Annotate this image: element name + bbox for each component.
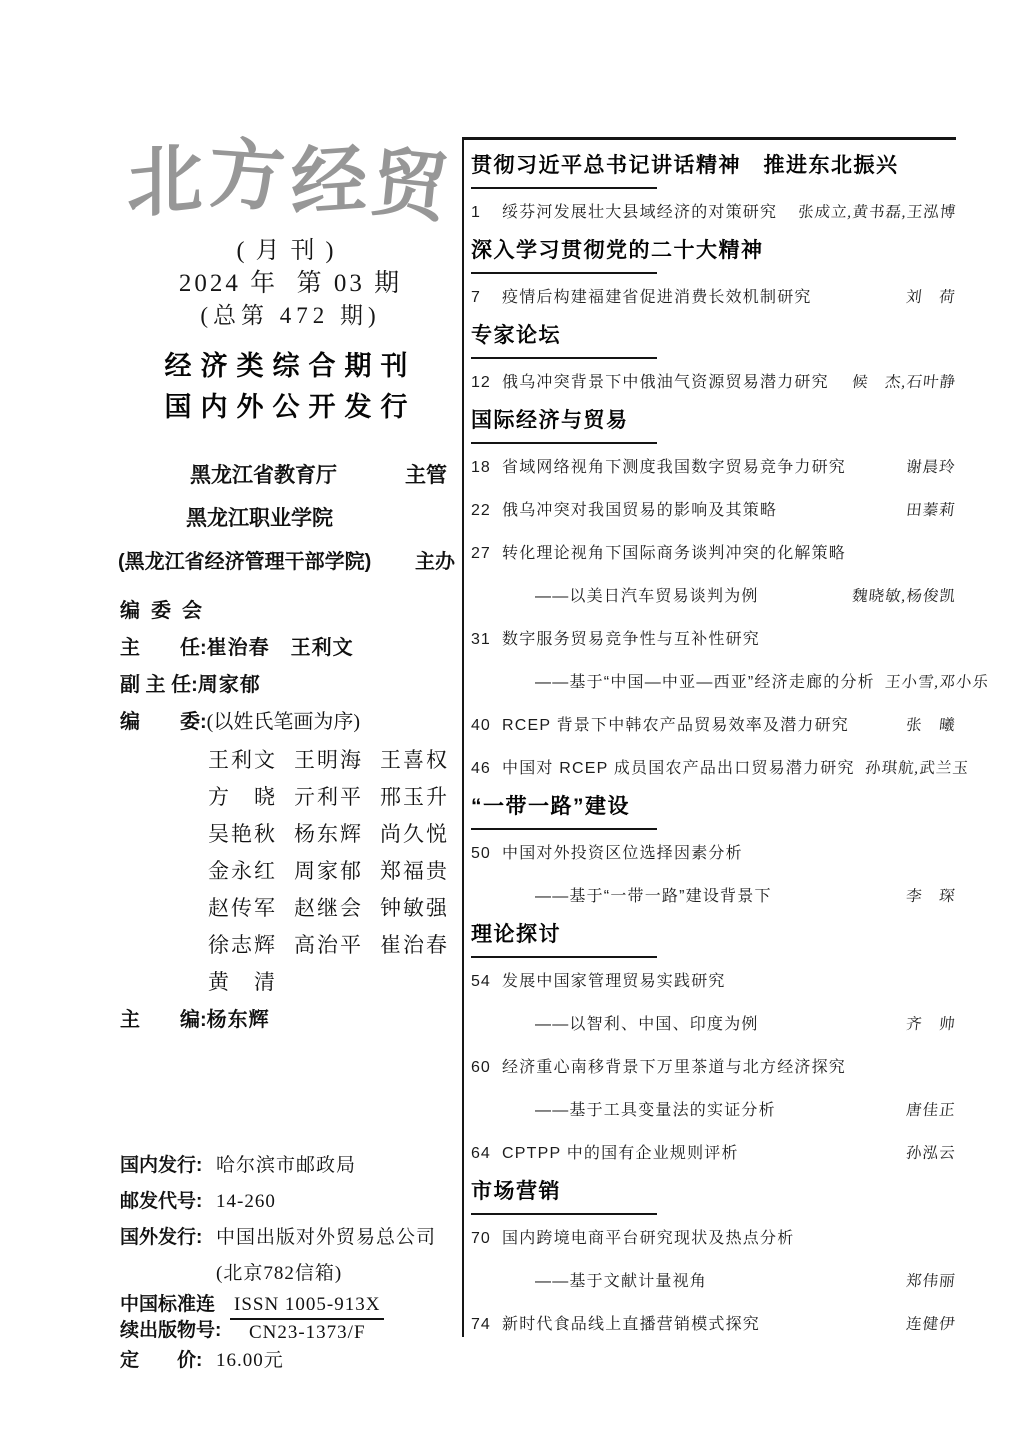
board-member-name: 吴艳秋	[208, 823, 277, 846]
magazine-contents-page: 北方经贸 (月刊) 2024 年 第 03 期 (总第 472 期) 经济类综合…	[0, 0, 1024, 1448]
toc-section: 市场营销70国内跨境电商平台研究现状及热点分析——基于文献计量视角郑伟丽74新时…	[471, 1178, 956, 1337]
logo-character: 北	[127, 115, 209, 233]
board-member-name: 徐志辉	[208, 934, 277, 957]
issn-block: 中国标准连 续出版物号: ISSN 1005-913X CN23-1373/F	[120, 1292, 463, 1346]
organizer-alt-name: (黑龙江省经济管理干部学院)	[118, 545, 371, 574]
article-authors: 魏晓敏,杨俊凯	[841, 585, 957, 609]
director-names: 崔治春 王利文	[207, 635, 354, 661]
toc-item-subtitle: ——基于“中国—中亚—西亚”经济走廊的分析王小雪,邓小乐	[471, 671, 956, 695]
board-member-name: 王利文	[208, 749, 277, 772]
article-title: 俄乌冲突背景下中俄油气资源贸易潜力研究	[502, 371, 829, 395]
director-label: 主 任:	[120, 635, 207, 661]
article-authors: 孙琪航,武兰玉	[853, 757, 969, 781]
chief-editor-name: 杨东辉	[207, 1007, 270, 1033]
page-number: 70	[471, 1227, 502, 1251]
toc-item-subtitle: ——基于工具变量法的实证分析唐佳正	[471, 1099, 956, 1123]
logo-character: 贸	[367, 121, 460, 238]
article-subtitle: ——基于工具变量法的实证分析	[535, 1099, 776, 1123]
cumulative-issue-number: (总第 472 期)	[118, 297, 463, 330]
journal-logo: 北方经贸	[118, 120, 463, 229]
section-items: 7疫情后构建福建省促进消费长效机制研究刘 荷	[471, 286, 956, 310]
publication-label: 国内发行:	[120, 1154, 216, 1178]
article-authors: 张成立,黄书磊,王泓博	[786, 201, 957, 225]
page-number: 74	[471, 1313, 502, 1337]
article-title: CPTPP 中的国有企业规则评析	[502, 1142, 739, 1166]
article-authors: 唐佳正	[895, 1099, 957, 1123]
section-heading: 深入学习贯彻党的二十大精神	[471, 237, 956, 264]
page-number: 64	[471, 1142, 502, 1166]
members-label: 编 委:	[120, 709, 207, 735]
page-number: 60	[471, 1056, 502, 1080]
article-authors: 候 杰,石叶静	[841, 371, 957, 395]
article-authors: 刘 荷	[895, 286, 957, 310]
chief-editor-label: 主 编:	[120, 1007, 207, 1033]
board-member-row: 赵传军赵继会钟敏强	[208, 897, 463, 920]
toc-item: 60经济重心南移背景下万里茶道与北方经济探究	[471, 1056, 956, 1080]
toc-item: 1绥芬河发展壮大县域经济的对策研究张成立,黄书磊,王泓博	[471, 201, 956, 225]
toc-item: 46中国对 RCEP 成员国农产品出口贸易潜力研究孙琪航,武兰玉	[471, 757, 956, 781]
journal-frequency: (月刊)	[118, 230, 463, 265]
page-number: 1	[471, 201, 502, 225]
article-authors: 田蓁莉	[895, 499, 957, 523]
section-items: 70国内跨境电商平台研究现状及热点分析——基于文献计量视角郑伟丽74新时代食品线…	[471, 1227, 956, 1337]
toc-section: 理论探讨54发展中国家管理贸易实践研究——以智利、中国、印度为例齐 帅60经济重…	[471, 921, 956, 1166]
publication-value: 中国出版对外贸易总公司	[216, 1226, 436, 1250]
toc-item: 54发展中国家管理贸易实践研究	[471, 970, 956, 994]
section-heading-rule	[471, 187, 657, 189]
publication-label	[120, 1262, 216, 1286]
members-list: 王利文王明海王喜权方 晓亓利平邢玉升吴艳秋杨东辉尚久悦金永红周家郁郑福贵赵传军赵…	[120, 749, 463, 994]
journal-info-panel: 北方经贸 (月刊) 2024 年 第 03 期 (总第 472 期) 经济类综合…	[118, 0, 463, 1448]
organizer-block: 黑龙江省教育厅 主管 黑龙江职业学院 (黑龙江省经济管理干部学院) 主办	[118, 452, 463, 581]
publication-label: 国外发行:	[120, 1226, 216, 1250]
board-member-row: 方 晓亓利平邢玉升	[208, 786, 463, 809]
article-title: 中国对外投资区位选择因素分析	[502, 842, 743, 866]
article-title: 省域网络视角下测度我国数字贸易竞争力研究	[502, 456, 846, 480]
toc-item: 74新时代食品线上直播营销模式探究连健伊	[471, 1313, 956, 1337]
board-member-name: 钟敏强	[380, 897, 449, 920]
toc-section: 深入学习贯彻党的二十大精神7疫情后构建福建省促进消费长效机制研究刘 荷	[471, 237, 956, 310]
article-title: 中国对 RCEP 成员国农产品出口贸易潜力研究	[502, 757, 855, 781]
article-subtitle: ——基于文献计量视角	[535, 1270, 707, 1294]
publication-info: 国内发行:哈尔滨市邮政局邮发代号:14-260国外发行:中国出版对外贸易总公司(…	[120, 1150, 463, 1373]
article-subtitle: ——以智利、中国、印度为例	[535, 1013, 759, 1037]
board-member-row: 王利文王明海王喜权	[208, 749, 463, 772]
publication-row: 邮发代号:14-260	[120, 1190, 463, 1214]
journal-category: 经济类综合期刊	[118, 344, 463, 383]
toc-section: 专家论坛12俄乌冲突背景下中俄油气资源贸易潜力研究候 杰,石叶静	[471, 322, 956, 395]
page-number: 54	[471, 970, 502, 994]
issn-number: ISSN 1005-913X	[230, 1292, 384, 1320]
toc-item-subtitle: ——基于文献计量视角郑伟丽	[471, 1270, 956, 1294]
article-subtitle: ——以美日汽车贸易谈判为例	[535, 585, 759, 609]
section-heading: 专家论坛	[471, 322, 956, 349]
board-member-row: 金永红周家郁郑福贵	[208, 860, 463, 883]
members-row: 编 委: (以姓氏笔画为序)	[120, 709, 463, 735]
toc-section: 国际经济与贸易18省域网络视角下测度我国数字贸易竞争力研究谢晨玲22俄乌冲突对我…	[471, 407, 956, 781]
toc-item: 70国内跨境电商平台研究现状及热点分析	[471, 1227, 956, 1251]
supervisor-row: 黑龙江省教育厅 主管	[118, 452, 463, 495]
publication-row: 国外发行:中国出版对外贸易总公司	[120, 1226, 463, 1250]
director-row: 主 任: 崔治春 王利文	[120, 635, 463, 661]
toc-item: 22俄乌冲突对我国贸易的影响及其策略田蓁莉	[471, 499, 956, 523]
publication-value: (北京782信箱)	[216, 1262, 342, 1286]
article-authors: 李 琛	[895, 885, 957, 909]
article-title: 新时代食品线上直播营销模式探究	[502, 1313, 760, 1337]
cn-number: CN23-1373/F	[230, 1320, 384, 1346]
board-member-name: 方 晓	[208, 786, 277, 809]
board-member-row: 吴艳秋杨东辉尚久悦	[208, 823, 463, 846]
publication-label: 邮发代号:	[120, 1190, 216, 1214]
page-number: 50	[471, 842, 502, 866]
toc-section: “一带一路”建设50中国对外投资区位选择因素分析——基于“一带一路”建设背景下李…	[471, 793, 956, 909]
article-title: 国内跨境电商平台研究现状及热点分析	[502, 1227, 794, 1251]
editorial-board-title: 编委会	[120, 598, 463, 624]
toc-item: 31数字服务贸易竞争性与互补性研究	[471, 628, 956, 652]
section-heading-rule	[471, 828, 657, 830]
article-title: 发展中国家管理贸易实践研究	[502, 970, 726, 994]
board-member-name: 杨东辉	[294, 823, 363, 846]
logo-character: 经	[291, 117, 373, 232]
organizer-alt-row: (黑龙江省经济管理干部学院) 主办	[118, 538, 463, 581]
chief-editor-row: 主 编: 杨东辉	[120, 1007, 463, 1033]
toc-item: 50中国对外投资区位选择因素分析	[471, 842, 956, 866]
section-heading-rule	[471, 956, 657, 958]
publication-value: 哈尔滨市邮政局	[216, 1154, 356, 1178]
publication-row: (北京782信箱)	[120, 1262, 463, 1286]
toc-item: 27转化理论视角下国际商务谈判冲突的化解策略	[471, 542, 956, 566]
supervisor-name: 黑龙江省教育厅	[190, 459, 337, 489]
deputy-director-name: 周家郁	[198, 672, 261, 698]
board-member-name: 赵继会	[294, 897, 363, 920]
article-title: 俄乌冲突对我国贸易的影响及其策略	[502, 499, 777, 523]
issn-values: ISSN 1005-913X CN23-1373/F	[230, 1292, 384, 1346]
section-heading-rule	[471, 357, 657, 359]
board-member-name: 王喜权	[380, 749, 449, 772]
board-member-name: 亓利平	[294, 786, 363, 809]
article-authors: 齐 帅	[895, 1013, 957, 1037]
board-member-name: 赵传军	[208, 897, 277, 920]
section-heading-rule	[471, 1213, 657, 1215]
board-member-name: 周家郁	[294, 860, 363, 883]
logo-character: 方	[205, 112, 294, 226]
board-member-row: 黄 清	[208, 971, 463, 994]
board-member-name: 高治平	[294, 934, 363, 957]
price-value: 16.00元	[216, 1349, 284, 1373]
section-items: 54发展中国家管理贸易实践研究——以智利、中国、印度为例齐 帅60经济重心南移背…	[471, 970, 956, 1166]
issn-label-line1: 中国标准连	[120, 1292, 224, 1318]
deputy-director-label: 副 主 任:	[120, 672, 198, 698]
article-title: 经济重心南移背景下万里茶道与北方经济探究	[502, 1056, 846, 1080]
board-member-name: 邢玉升	[380, 786, 449, 809]
deputy-director-row: 副 主 任: 周家郁	[120, 672, 463, 698]
toc-section: 贯彻习近平总书记讲话精神 推进东北振兴1绥芬河发展壮大县域经济的对策研究张成立,…	[471, 152, 956, 225]
article-authors: 连健伊	[895, 1313, 957, 1337]
supervisor-role: 主管	[405, 459, 447, 489]
section-items: 12俄乌冲突背景下中俄油气资源贸易潜力研究候 杰,石叶静	[471, 371, 956, 395]
toc-item-subtitle: ——基于“一带一路”建设背景下李 琛	[471, 885, 956, 909]
page-number: 7	[471, 286, 502, 310]
board-member-name: 金永红	[208, 860, 277, 883]
section-items: 18省域网络视角下测度我国数字贸易竞争力研究谢晨玲22俄乌冲突对我国贸易的影响及…	[471, 456, 956, 781]
board-member-name: 崔治春	[380, 934, 449, 957]
issn-label-line2: 续出版物号:	[120, 1318, 224, 1344]
publication-value: 14-260	[216, 1190, 276, 1214]
page-number: 40	[471, 714, 502, 738]
page-number: 12	[471, 371, 502, 395]
section-heading: 国际经济与贸易	[471, 407, 956, 434]
section-heading: 贯彻习近平总书记讲话精神 推进东北振兴	[471, 152, 956, 179]
article-authors: 王小雪,邓小乐	[874, 671, 990, 695]
organizer-role: 主办	[415, 545, 455, 574]
editorial-board: 编委会 主 任: 崔治春 王利文 副 主 任: 周家郁 编 委: (以姓氏笔画为…	[120, 598, 463, 1033]
toc-item: 7疫情后构建福建省促进消费长效机制研究刘 荷	[471, 286, 956, 310]
price-row: 定 价: 16.00元	[120, 1349, 463, 1373]
page-number: 18	[471, 456, 502, 480]
article-authors: 孙泓云	[895, 1142, 957, 1166]
article-title: RCEP 背景下中韩农产品贸易效率及潜力研究	[502, 714, 849, 738]
board-member-name: 尚久悦	[380, 823, 449, 846]
board-member-row: 徐志辉高治平崔治春	[208, 934, 463, 957]
price-label: 定 价:	[120, 1349, 216, 1373]
page-number: 31	[471, 628, 502, 652]
table-of-contents: 贯彻习近平总书记讲话精神 推进东北振兴1绥芬河发展壮大县域经济的对策研究张成立,…	[464, 137, 956, 1337]
section-heading: 市场营销	[471, 1178, 956, 1205]
board-member-name: 郑福贵	[380, 860, 449, 883]
page-number: 22	[471, 499, 502, 523]
article-title: 转化理论视角下国际商务谈判冲突的化解策略	[502, 542, 846, 566]
publication-rows: 国内发行:哈尔滨市邮政局邮发代号:14-260国外发行:中国出版对外贸易总公司(…	[120, 1154, 463, 1286]
article-title: 数字服务贸易竞争性与互补性研究	[502, 628, 760, 652]
issue-number: 2024 年 第 03 期	[118, 263, 463, 299]
section-heading-rule	[471, 272, 657, 274]
toc-item: 64CPTPP 中的国有企业规则评析孙泓云	[471, 1142, 956, 1166]
board-member-name: 黄 清	[208, 971, 277, 994]
distribution-scope: 国内外公开发行	[118, 385, 463, 424]
section-heading-rule	[471, 442, 657, 444]
section-heading: “一带一路”建设	[471, 793, 956, 820]
toc-item: 18省域网络视角下测度我国数字贸易竞争力研究谢晨玲	[471, 456, 956, 480]
section-heading: 理论探讨	[471, 921, 956, 948]
article-title: 绥芬河发展壮大县域经济的对策研究	[502, 201, 777, 225]
organizer-name: 黑龙江职业学院	[186, 502, 333, 532]
section-items: 1绥芬河发展壮大县域经济的对策研究张成立,黄书磊,王泓博	[471, 201, 956, 225]
toc-sections: 贯彻习近平总书记讲话精神 推进东北振兴1绥芬河发展壮大县域经济的对策研究张成立,…	[471, 152, 956, 1337]
article-title: 疫情后构建福建省促进消费长效机制研究	[502, 286, 812, 310]
toc-item: 12俄乌冲突背景下中俄油气资源贸易潜力研究候 杰,石叶静	[471, 371, 956, 395]
article-subtitle: ——基于“一带一路”建设背景下	[535, 885, 772, 909]
article-authors: 谢晨玲	[895, 456, 957, 480]
section-items: 50中国对外投资区位选择因素分析——基于“一带一路”建设背景下李 琛	[471, 842, 956, 909]
toc-item-subtitle: ——以智利、中国、印度为例齐 帅	[471, 1013, 956, 1037]
issn-label: 中国标准连 续出版物号:	[120, 1292, 224, 1346]
board-member-name: 王明海	[294, 749, 363, 772]
toc-item: 40RCEP 背景下中韩农产品贸易效率及潜力研究张 曦	[471, 714, 956, 738]
members-note: (以姓氏笔画为序)	[207, 709, 360, 735]
article-subtitle: ——基于“中国—中亚—西亚”经济走廊的分析	[535, 671, 875, 695]
publication-row: 国内发行:哈尔滨市邮政局	[120, 1154, 463, 1178]
toc-item-subtitle: ——以美日汽车贸易谈判为例魏晓敏,杨俊凯	[471, 585, 956, 609]
page-number: 46	[471, 757, 502, 781]
page-number: 27	[471, 542, 502, 566]
article-authors: 郑伟丽	[895, 1270, 957, 1294]
article-authors: 张 曦	[895, 714, 957, 738]
organizer-row: 黑龙江职业学院	[118, 495, 463, 538]
